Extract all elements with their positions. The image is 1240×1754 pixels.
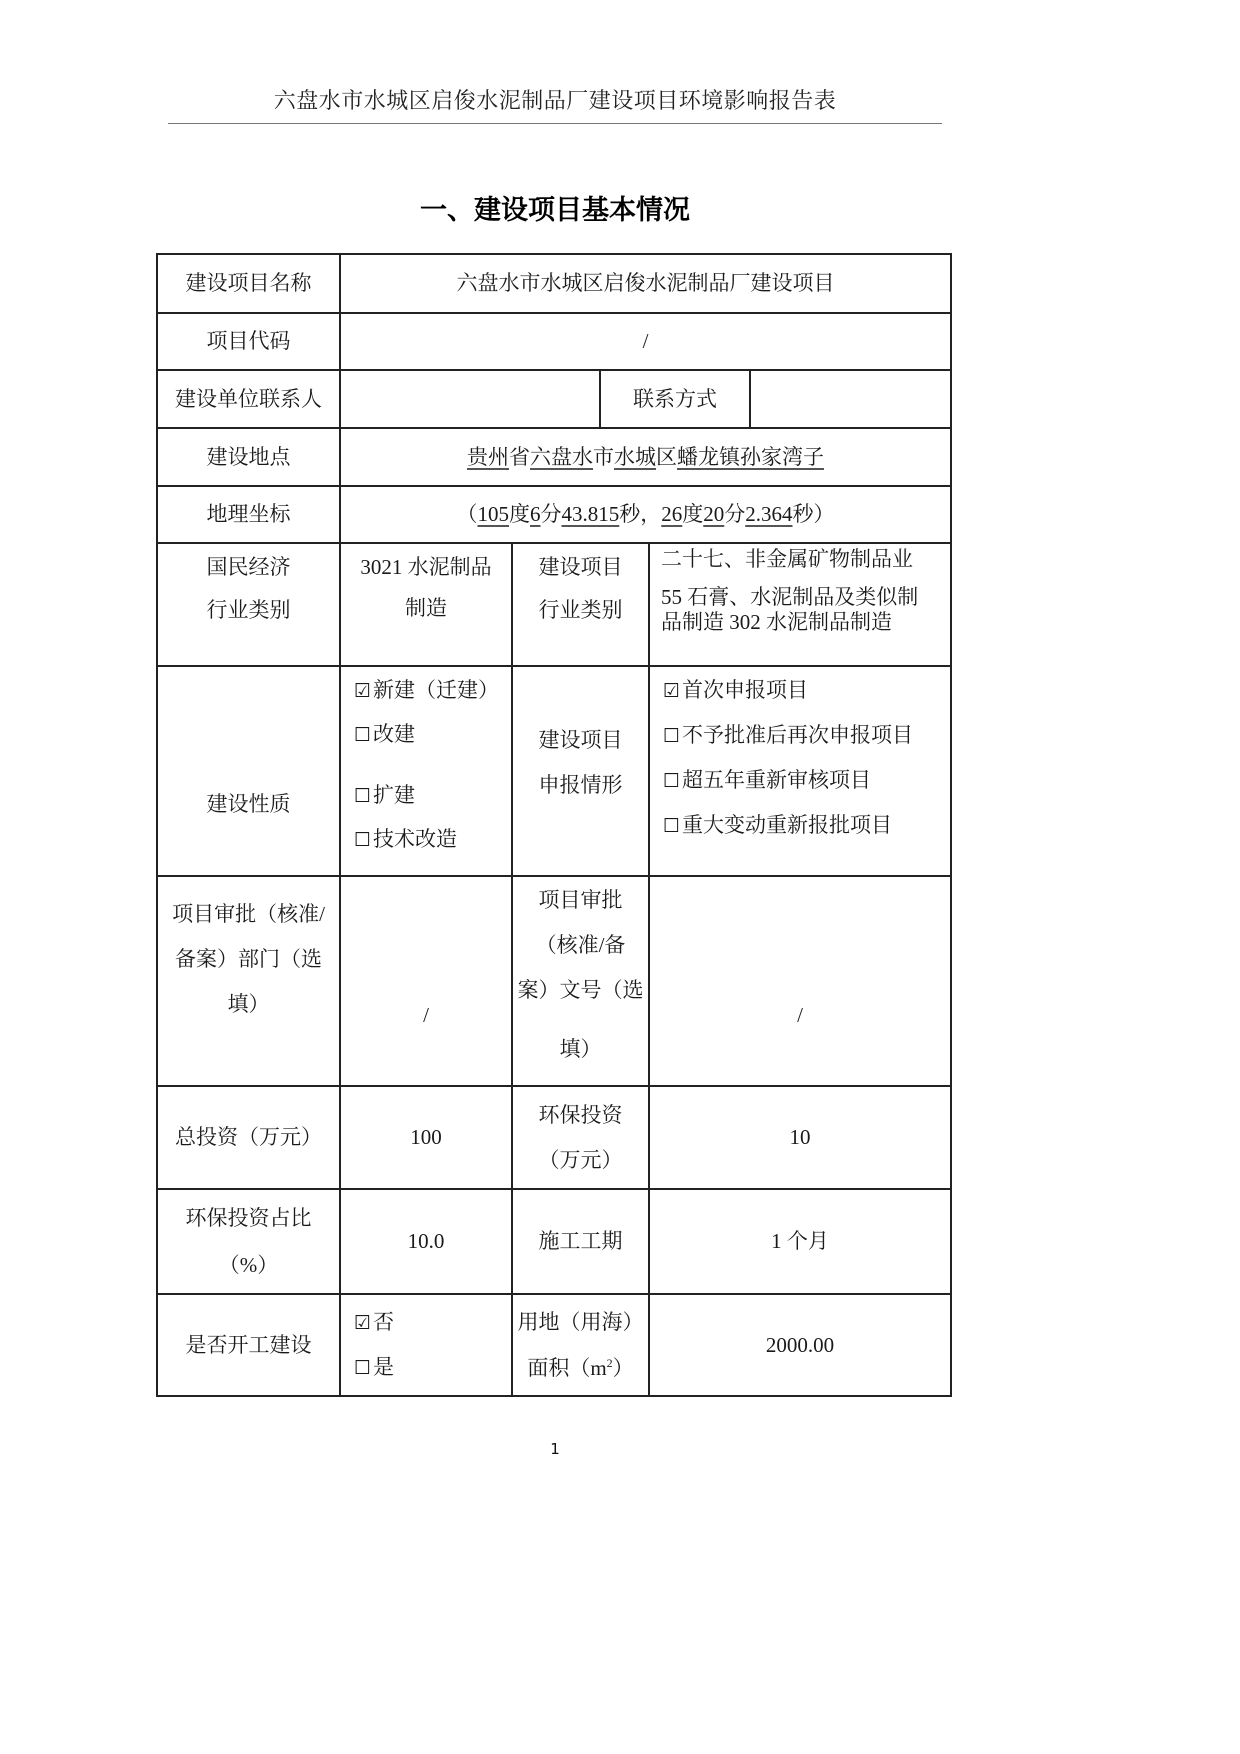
project-category-label: 建设项目 行业类别 [512,543,649,666]
page-number: 1 [0,1440,1110,1458]
label-text: 项目代码 [207,331,291,352]
checkbox-unchecked-icon[interactable]: ☐ [663,725,680,747]
row-divider [157,542,952,544]
value-text: 100 [410,1127,442,1148]
coordinates-value: （105度6分43.815秒，26度20分2.364秒） [340,486,951,543]
option-label: 不予批准后再次申报项目 [682,723,913,747]
project-code-value: / [340,313,951,370]
label-text: 备案）部门（选 [175,949,322,970]
row-divider [157,1293,952,1295]
label-text: 建设地点 [207,447,291,468]
checkbox-unchecked-icon[interactable]: ☐ [663,815,680,837]
label-text: 施工工期 [539,1231,623,1252]
value-text: 二十七、非金属矿物制品业 [661,549,913,570]
label-text: 环保投资占比 [186,1208,312,1229]
label-text: 是否开工建设 [186,1335,312,1356]
location-suffix: 区 [656,445,677,469]
approval-doc-value: / [649,876,951,1086]
label-text: 面积（m2） [527,1357,633,1379]
label-text: 填） [560,1039,602,1060]
checkbox-unchecked-icon[interactable]: ☐ [354,724,371,746]
location-value: 贵州省六盘水市水城区蟠龙镇孙家湾子 [340,428,951,486]
construction-period-label: 施工工期 [512,1189,649,1294]
label-text: 联系方式 [633,389,717,410]
col-divider [648,542,650,1397]
checkbox-unchecked-icon[interactable]: ☐ [354,1357,371,1379]
value-text: 1 个月 [771,1231,829,1252]
label-text: 项目审批（核准/ [172,904,325,925]
latitude-minutes: 20 [703,502,724,526]
value-text: / [797,1005,803,1026]
env-investment-value: 10 [649,1086,951,1189]
table-border [950,253,952,1397]
location-suffix: 省 [509,445,530,469]
total-investment-label: 总投资（万元） [157,1086,340,1189]
label-text: 建设项目名称 [186,273,312,294]
construction-nature-label: 建设性质 [157,666,340,876]
project-name-value: 六盘水市水城区启俊水泥制品厂建设项目 [340,254,951,313]
option-tech-upgrade[interactable]: ☐技术改造 [354,829,457,850]
option-label: 是 [373,1355,394,1379]
header-rule [168,123,942,124]
option-label: 否 [373,1310,394,1334]
col-divider [511,542,513,1397]
option-new-build[interactable]: ☑新建（迁建） [354,680,499,701]
table-border [157,1395,952,1397]
label-text: 项目审批 [539,890,623,911]
industry-label: 国民经济 行业类别 [157,543,340,666]
label-text: 建设性质 [207,794,291,815]
label-text: （万元） [539,1150,623,1171]
running-header: 六盘水市水城区启俊水泥制品厂建设项目环境影响报告表 [168,84,942,115]
row-divider [157,369,952,371]
construction-nature-options: ☑新建（迁建） ☐改建 ☐扩建 ☐技术改造 [340,666,512,876]
coordinates-label: 地理坐标 [157,486,340,543]
row-divider [157,1085,952,1087]
option-started[interactable]: ☐是 [354,1357,394,1378]
coordinates-text: （105度6分43.815秒，26度20分2.364秒） [457,504,835,525]
option-five-year-review[interactable]: ☐超五年重新审核项目 [663,770,871,791]
option-renovation[interactable]: ☐改建 [354,724,415,745]
label-text: 案）文号（选 [518,980,644,1001]
table-border [156,253,158,1397]
location-province: 贵州 [467,445,509,469]
checkbox-unchecked-icon[interactable]: ☐ [354,785,371,807]
started-label: 是否开工建设 [157,1294,340,1396]
checkbox-checked-icon[interactable]: ☑ [354,1312,371,1334]
project-name-label: 建设项目名称 [157,254,340,313]
checkbox-checked-icon[interactable]: ☑ [354,680,371,702]
row-divider [157,427,952,429]
location-district: 水城 [614,445,656,469]
label-text: （核准/备 [536,935,626,956]
contact-person-label: 建设单位联系人 [157,370,340,428]
option-label: 新建（迁建） [373,678,499,702]
location-town: 蟠龙镇孙家湾子 [677,445,824,469]
label-text: ） [613,1356,634,1380]
option-label: 超五年重新审核项目 [682,768,871,792]
value-text: 55 石膏、水泥制品及类似制 [661,587,918,608]
label-text: 填） [228,994,270,1015]
value-text: 10.0 [408,1231,445,1252]
longitude-minutes: 6 [530,502,541,526]
option-not-started[interactable]: ☑否 [354,1312,394,1333]
latitude-degrees: 26 [661,502,682,526]
coord-unit: 秒） [793,502,835,526]
declaration-options: ☑首次申报项目 ☐不予批准后再次申报项目 ☐超五年重新审核项目 ☐重大变动重新报… [649,666,951,876]
label-text: 申报情形 [539,775,623,796]
value-text: 六盘水市水城区启俊水泥制品厂建设项目 [457,273,835,294]
option-label: 扩建 [373,783,415,807]
col-divider [339,253,341,1397]
latitude-seconds: 2.364 [745,502,792,526]
label-text: 面积（m [527,1356,606,1380]
approval-dept-value: / [340,876,512,1086]
option-label: 改建 [373,722,415,746]
coord-unit: 秒， [619,502,661,526]
contact-method-label: 联系方式 [600,370,750,428]
land-area-label: 用地（用海） 面积（m2） [512,1294,649,1396]
option-label: 重大变动重新报批项目 [682,813,892,837]
table-border [157,253,952,255]
row-divider [157,875,952,877]
row-divider [157,665,952,667]
row-divider [157,312,952,314]
row-divider [157,1188,952,1190]
coord-unit: 度 [509,502,530,526]
industry-value: 3021 水泥制品 制造 [340,543,512,666]
col-divider [599,369,601,429]
location-label: 建设地点 [157,428,340,486]
longitude-degrees: 105 [478,502,510,526]
env-investment-label: 环保投资 （万元） [512,1086,649,1189]
started-options: ☑否 ☐是 [340,1294,512,1396]
project-category-value: 二十七、非金属矿物制品业 55 石膏、水泥制品及类似制 品制造 302 水泥制品… [649,543,951,666]
label-text: 环保投资 [539,1105,623,1126]
label-text: 行业类别 [207,600,291,621]
checkbox-checked-icon[interactable]: ☑ [663,680,680,702]
coord-unit: 分 [724,502,745,526]
value-text: 制造 [405,598,447,619]
value-text: / [643,331,649,352]
label-text: 建设项目 [539,557,623,578]
contact-person-value [340,370,600,428]
label-text: （%） [219,1255,279,1276]
checkbox-unchecked-icon[interactable]: ☐ [663,770,680,792]
longitude-seconds: 43.815 [562,502,620,526]
label-text: 行业类别 [539,600,623,621]
approval-dept-label: 项目审批（核准/ 备案）部门（选 填） [157,876,340,1086]
value-text: 品制造 302 水泥制品制造 [661,612,892,633]
label-text: 用地（用海） [518,1312,644,1333]
label-text: 地理坐标 [207,504,291,525]
env-ratio-label: 环保投资占比 （%） [157,1189,340,1294]
value-text: 3021 水泥制品 [360,557,491,578]
value-text: / [423,1005,429,1026]
label-text: 建设项目 [539,730,623,751]
coord-unit: 度 [682,502,703,526]
label-text: 总投资（万元） [175,1127,322,1148]
option-label: 技术改造 [373,827,457,851]
option-expansion[interactable]: ☐扩建 [354,785,415,806]
checkbox-unchecked-icon[interactable]: ☐ [354,829,371,851]
contact-method-value [750,370,951,428]
project-code-label: 项目代码 [157,313,340,370]
declaration-label: 建设项目 申报情形 [512,666,649,876]
land-area-value: 2000.00 [649,1294,951,1396]
option-first-declaration[interactable]: ☑首次申报项目 [663,680,808,701]
approval-doc-label: 项目审批 （核准/备 案）文号（选 填） [512,876,649,1086]
location-city: 六盘水 [530,445,593,469]
total-investment-value: 100 [340,1086,512,1189]
col-divider [749,369,751,429]
value-text: 2000.00 [766,1335,834,1356]
coord-paren: （ [457,502,478,526]
value-text: 10 [790,1127,811,1148]
option-redeclaration[interactable]: ☐不予批准后再次申报项目 [663,725,913,746]
env-ratio-value: 10.0 [340,1189,512,1294]
option-label: 首次申报项目 [682,678,808,702]
section-title: 一、建设项目基本情况 [0,188,1110,227]
label-text: 国民经济 [207,557,291,578]
coord-unit: 分 [541,502,562,526]
label-text: 建设单位联系人 [175,389,322,410]
location-text: 贵州省六盘水市水城区蟠龙镇孙家湾子 [467,447,824,468]
row-divider [157,485,952,487]
location-suffix: 市 [593,445,614,469]
option-major-change[interactable]: ☐重大变动重新报批项目 [663,815,892,836]
construction-period-value: 1 个月 [649,1189,951,1294]
